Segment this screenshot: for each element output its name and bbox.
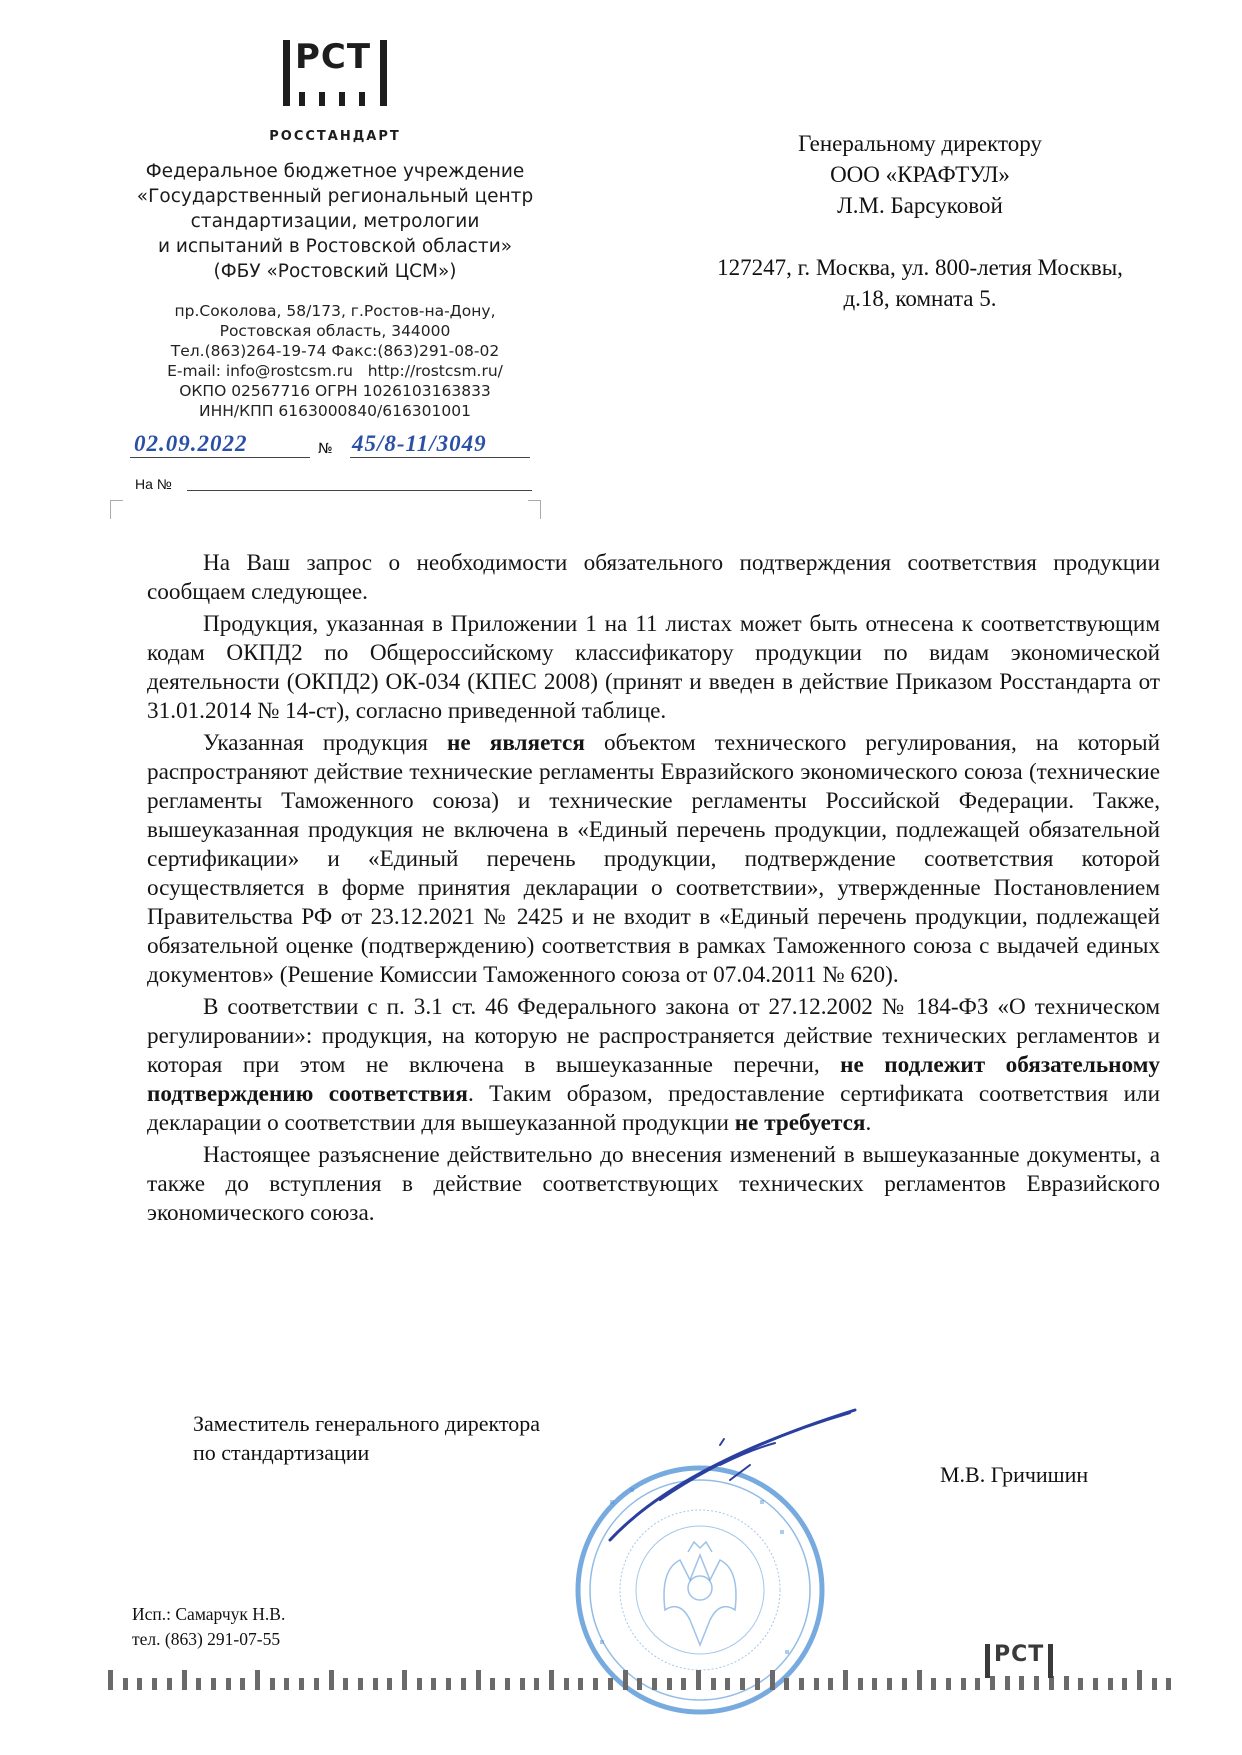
incoming-reference: На № — [135, 476, 555, 494]
text: . — [865, 1110, 871, 1136]
ruler-tick — [1166, 1678, 1171, 1690]
org-full-name: Федеральное бюджетное учреждение «Госуда… — [120, 159, 550, 284]
ruler-tick — [1108, 1678, 1113, 1690]
title-line: по стандартизации — [193, 1438, 540, 1467]
ruler-tick — [1019, 1676, 1024, 1690]
ruler-tick — [887, 1678, 892, 1690]
ruler-tick — [578, 1678, 583, 1690]
ruler-tick — [284, 1678, 289, 1690]
ruler-tick — [314, 1678, 319, 1690]
contact-email-web: E-mail: info@rostcsm.ru http://rostcsm.r… — [120, 361, 550, 381]
emphasis-text: не требуется — [735, 1110, 866, 1136]
ruler-tick — [1078, 1678, 1083, 1690]
executor-phone: тел. (863) 291-07-55 — [132, 1627, 285, 1652]
ruler-tick — [725, 1678, 730, 1690]
org-line: «Государственный региональный центр — [120, 184, 550, 209]
ruler-tick — [270, 1678, 275, 1690]
ruler-tick — [946, 1678, 951, 1690]
outgoing-number: 45/8-11/3049 — [352, 432, 487, 455]
ruler-tick — [828, 1678, 833, 1690]
ruler-tick — [1005, 1676, 1010, 1690]
ruler-tick — [549, 1670, 554, 1690]
ruler-tick — [799, 1678, 804, 1690]
ruler-tick — [299, 1678, 304, 1690]
ruler-tick — [358, 1678, 363, 1690]
ruler-tick — [534, 1678, 539, 1690]
ruler-tick — [784, 1678, 789, 1690]
footer-rst-logo-icon: PCT — [985, 1644, 1053, 1678]
outgoing-no-label: № — [318, 442, 333, 456]
address-window-corner-right — [528, 500, 541, 519]
ruler-tick — [417, 1678, 422, 1690]
ruler-tick — [961, 1678, 966, 1690]
title-line: Заместитель генерального директора — [193, 1409, 540, 1438]
ruler-tick — [476, 1670, 481, 1690]
ruler-tick — [755, 1678, 760, 1690]
signatory-title: Заместитель генерального директора по ст… — [193, 1409, 540, 1467]
ruler-tick — [387, 1678, 392, 1690]
org-short-name: РОССТАНДАРТ — [120, 130, 550, 143]
addressee-address: 127247, г. Москва, ул. 800-летия Москвы,… — [660, 252, 1180, 314]
ruler-tick — [329, 1670, 334, 1690]
contact-region: Ростовская область, 344000 — [120, 321, 550, 341]
ruler-tick — [108, 1670, 113, 1690]
org-line: (ФБУ «Ростовский ЦСМ») — [120, 259, 550, 284]
ruler-tick — [681, 1678, 686, 1690]
ruler-tick — [770, 1670, 775, 1690]
ruler-tick — [431, 1678, 436, 1690]
ruler-tick — [858, 1678, 863, 1690]
handwritten-signature-icon — [600, 1405, 860, 1545]
ruler-tick — [137, 1678, 142, 1690]
ruler-tick — [182, 1670, 187, 1690]
rst-logo-icon: PCT — [283, 40, 387, 112]
letterhead: PCT РОССТАНДАРТ Федеральное бюджетное уч… — [120, 40, 550, 421]
ruler-tick — [343, 1678, 348, 1690]
ruler-tick — [196, 1678, 201, 1690]
ruler-tick — [1049, 1676, 1054, 1690]
ruler-tick — [990, 1676, 995, 1690]
outgoing-reference: 02.09.2022 № 45/8-11/3049 — [130, 430, 550, 460]
text: Указанная продукция — [203, 730, 447, 756]
contact-phone-fax: Тел.(863)264-19-74 Факс:(863)291-08-02 — [120, 341, 550, 361]
ruler-tick — [564, 1678, 569, 1690]
ruler-tick — [814, 1678, 819, 1690]
address-line: д.18, комната 5. — [660, 283, 1180, 314]
letter-body: На Ваш запрос о необходимости обязательн… — [147, 549, 1160, 1231]
ruler-tick — [255, 1670, 260, 1690]
footer-logo-letters: PCT — [994, 1642, 1044, 1667]
ruler-tick — [652, 1678, 657, 1690]
contact-okpo-ogrn: ОКПО 02567716 ОГРН 1026103163833 — [120, 381, 550, 401]
paragraph-law-reference: В соответствии с п. 3.1 ст. 46 Федеральн… — [147, 993, 1160, 1138]
ruler-tick — [446, 1678, 451, 1690]
addressee-name: Л.М. Барсуковой — [660, 190, 1180, 221]
signatory-name: М.В. Гричишин — [940, 1464, 1088, 1486]
ruler-tick — [520, 1678, 525, 1690]
ruler-tick — [975, 1678, 980, 1690]
ruler-tick — [167, 1678, 172, 1690]
ruler-tick — [696, 1670, 701, 1690]
org-line: Федеральное бюджетное учреждение — [120, 159, 550, 184]
outgoing-date: 02.09.2022 — [134, 432, 248, 455]
ruler-tick — [1093, 1678, 1098, 1690]
paragraph-classification: Продукция, указанная в Приложении 1 на 1… — [147, 610, 1160, 726]
ruler-tick — [711, 1678, 716, 1690]
ruler-tick — [637, 1678, 642, 1690]
addressee-block: Генеральному директору ООО «КРАФТУЛ» Л.М… — [660, 128, 1180, 314]
ruler-tick — [211, 1678, 216, 1690]
ruler-tick — [505, 1678, 510, 1690]
paragraph-not-regulated: Указанная продукция не является объектом… — [147, 729, 1160, 990]
address-window-corner-left — [110, 500, 123, 519]
ruler-tick — [902, 1678, 907, 1690]
emphasis-text: не является — [447, 730, 585, 756]
ruler-tick — [226, 1678, 231, 1690]
ruler-tick — [872, 1678, 877, 1690]
text: объектом технического регулирования, на … — [147, 730, 1160, 988]
ruler-tick — [152, 1678, 157, 1690]
org-contacts: пр.Соколова, 58/173, г.Ростов-на-Дону, Р… — [120, 301, 550, 421]
org-line: и испытаний в Ростовской области» — [120, 234, 550, 259]
executor-name: Исп.: Самарчук Н.В. — [132, 1602, 285, 1627]
ruler-tick — [740, 1678, 745, 1690]
ruler-tick — [373, 1678, 378, 1690]
org-line: стандартизации, метрологии — [120, 209, 550, 234]
ruler-tick — [402, 1670, 407, 1690]
ruler-tick — [1122, 1678, 1127, 1690]
incoming-ref-label: На № — [135, 476, 172, 492]
ruler-tick — [1137, 1670, 1142, 1690]
ruler-tick — [1152, 1678, 1157, 1690]
ruler-tick — [240, 1678, 245, 1690]
ruler-tick — [608, 1678, 613, 1690]
paragraph-request: На Ваш запрос о необходимости обязательн… — [147, 549, 1160, 607]
ruler-tick — [623, 1670, 628, 1690]
ruler-tick — [917, 1670, 922, 1690]
ruler-tick — [490, 1678, 495, 1690]
address-line: 127247, г. Москва, ул. 800-летия Москвы, — [660, 252, 1180, 283]
ruler-tick — [1064, 1676, 1069, 1690]
ruler-tick — [123, 1678, 128, 1690]
ruler-tick — [843, 1670, 848, 1690]
ruler-tick — [667, 1678, 672, 1690]
ruler-tick — [931, 1678, 936, 1690]
ruler-tick — [461, 1678, 466, 1690]
executor-info: Исп.: Самарчук Н.В. тел. (863) 291-07-55 — [132, 1602, 285, 1652]
addressee-position: Генеральному директору — [660, 128, 1180, 159]
paragraph-validity: Настоящее разъяснение действительно до в… — [147, 1141, 1160, 1228]
ruler-tick — [1034, 1676, 1039, 1690]
contact-inn-kpp: ИНН/КПП 6163000840/616301001 — [120, 401, 550, 421]
addressee-company: ООО «КРАФТУЛ» — [660, 159, 1180, 190]
contact-address: пр.Соколова, 58/173, г.Ростов-на-Дону, — [120, 301, 550, 321]
ruler-tick — [593, 1678, 598, 1690]
